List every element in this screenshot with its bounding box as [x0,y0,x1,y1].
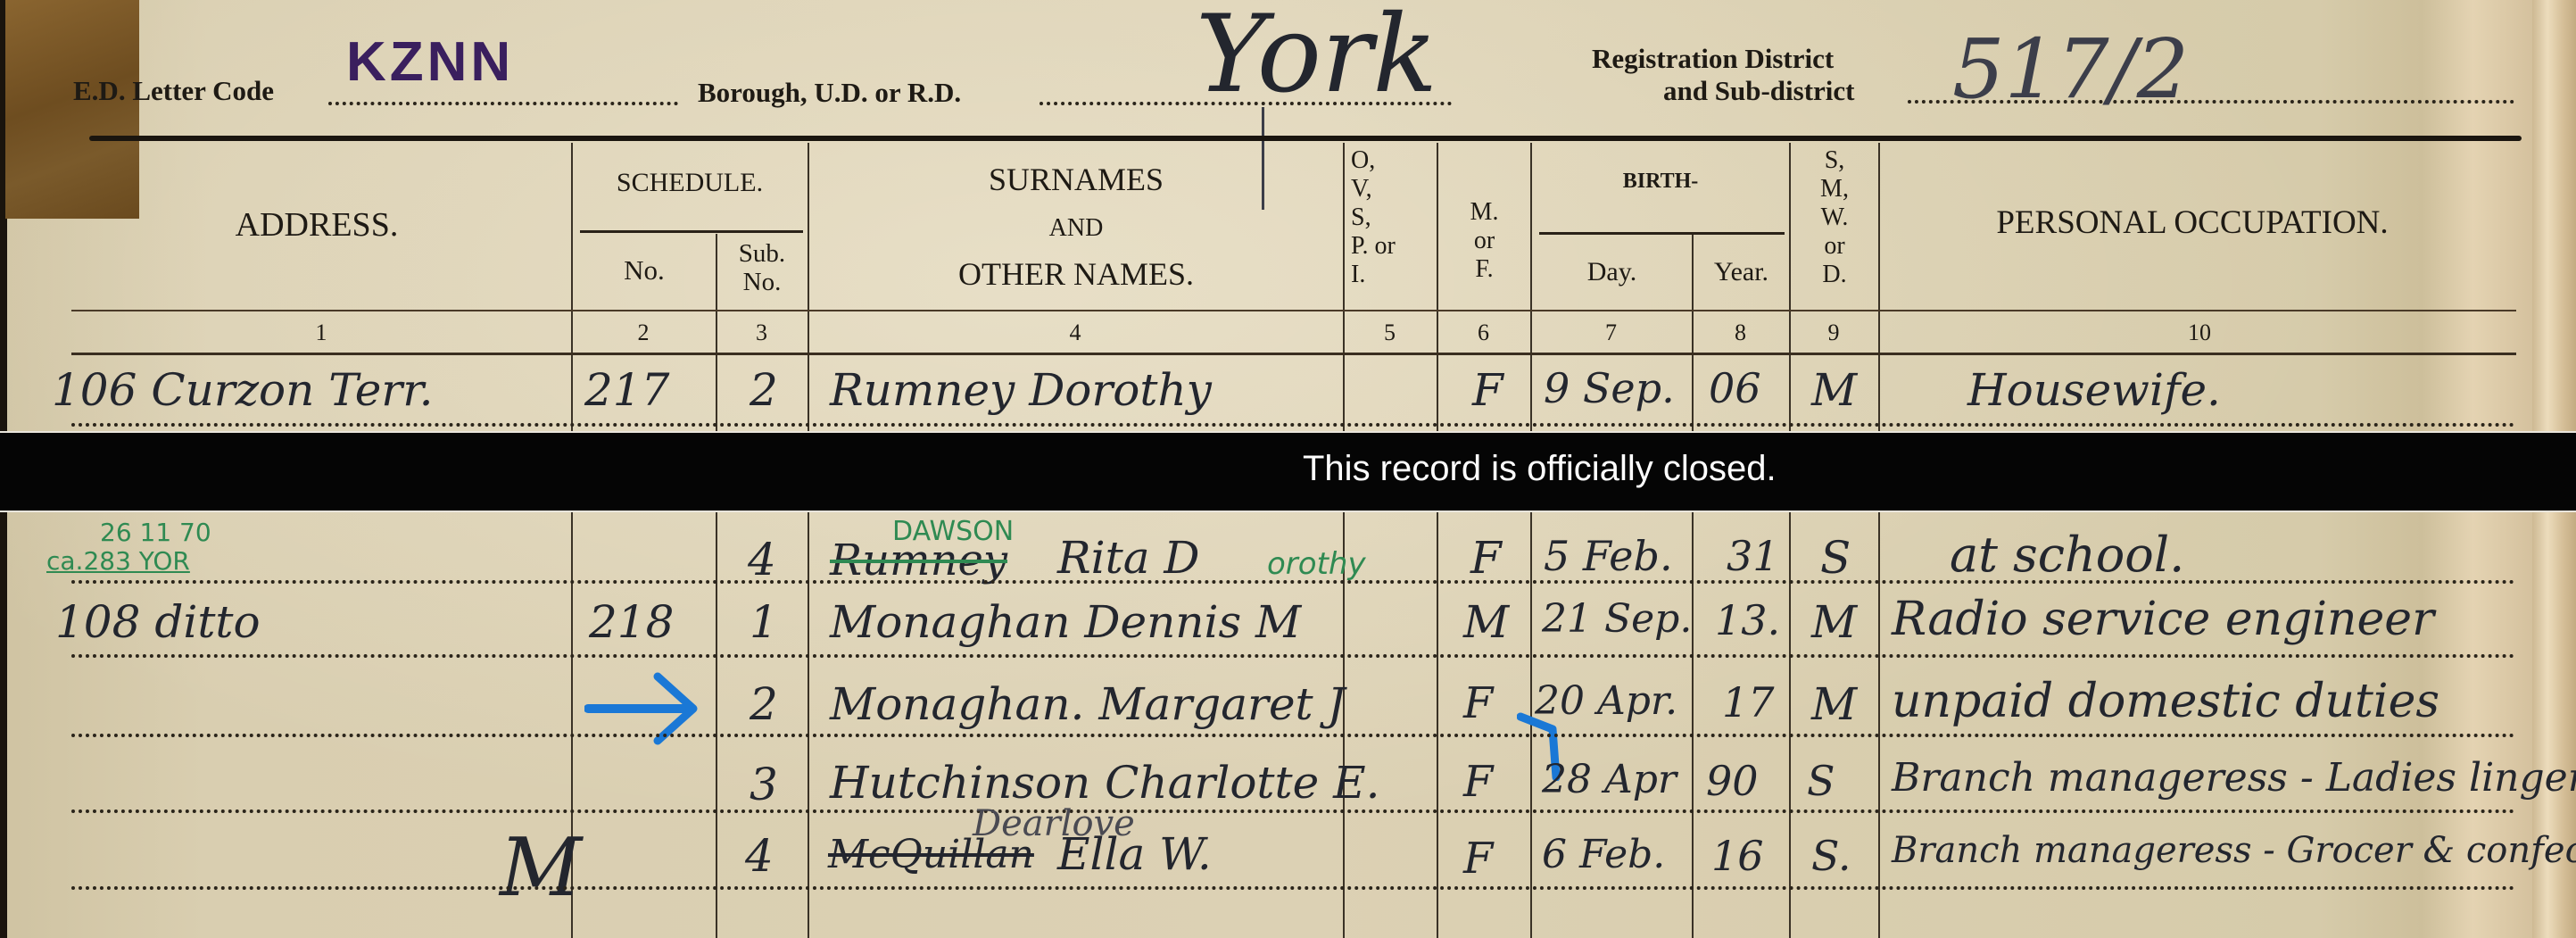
cell-birth-day: 5 Feb. [1544,532,1673,580]
cell-status: S [1820,532,1851,584]
col-header-surnames: SURNAMES [809,161,1343,198]
numbers-bottom-rule [71,353,2516,355]
header-bottom-rule [71,310,2516,311]
cell-status: S [1807,757,1835,805]
cell-birth-day: 21 Sep. [1542,596,1692,642]
row-rule [71,886,2516,890]
cell-name: Rita D [1057,532,1200,584]
ovspi-o: O, [1351,146,1396,175]
birth-rule [1539,232,1785,235]
col-number-9: 9 [1789,320,1878,346]
col-header-and: AND [809,214,1343,243]
col-header-address: ADDRESS. [129,205,504,245]
closed-record-banner: This record is officially closed. [0,431,2576,512]
annotation-date: 26 11 70 [100,518,211,547]
cell-status: S. [1811,832,1851,880]
col-number-3: 3 [716,320,808,346]
col-header-marital: S, M, W. or D. [1791,146,1878,289]
cell-occupation: unpaid domestic duties [1892,675,2439,728]
col-number-7: 7 [1530,320,1692,346]
header-rule [89,136,2522,141]
cell-birth-year: 16 [1711,832,1764,880]
ovspi-i: I. [1351,261,1396,289]
cell-status: M [1811,596,1857,648]
cell-name: Monaghan Dennis M [830,596,1301,648]
cell-name: Rumney Dorothy [830,364,1212,416]
marital-m: M, [1791,175,1878,203]
col-number-10: 10 [1878,320,2521,346]
marital-d: D. [1791,261,1878,289]
sex-or: or [1438,227,1530,255]
cell-occupation: Radio service engineer [1892,593,2434,646]
row-rule [71,654,2516,658]
cell-birth-year: 06 [1709,364,1761,412]
cell-name: Hutchinson Charlotte E. [830,757,1379,809]
col-divider [1343,143,1345,938]
cell-sub-no: 2 [750,364,778,416]
closed-record-text: This record is officially closed. [1303,449,1777,489]
cell-sub-no: 2 [750,678,778,730]
ovspi-p: P. or [1351,232,1396,261]
col-divider [1878,143,1880,938]
registration-label-line2: and Sub-district [1663,75,1854,107]
ed-letter-code-label: E.D. Letter Code [73,75,274,107]
col-header-day: Day. [1532,257,1692,287]
col-header-ovspi: O, V, S, P. or I. [1351,146,1396,289]
cell-occupation: Branch manageress - Ladies lingerie. [1892,755,2576,801]
cell-name-struck: McQuillan [828,832,1034,877]
sex-f: F. [1438,255,1530,284]
ovspi-s: S, [1351,203,1396,232]
register-page: E.D. Letter Code KZNN Borough, U.D. or R… [0,0,2576,938]
registration-value: 517/2 [1952,21,2189,117]
cell-occupation: Branch manageress - Grocer & confectione… [1892,830,2576,871]
cell-birth-year: 90 [1706,757,1759,805]
row-rule [71,809,2516,813]
row-rule [71,423,2516,427]
row-rule [71,734,2516,737]
marital-s: S, [1791,146,1878,175]
sex-m: M. [1438,198,1530,227]
col-header-sub-no: No. [717,268,807,297]
registration-label-line1: Registration District [1592,43,1834,75]
ovspi-v: V, [1351,175,1396,203]
cell-address: 108 ditto [55,596,261,648]
borough-value: York [1196,0,1437,117]
cell-status: M [1811,364,1857,416]
schedule-rule [580,230,803,233]
cell-birth-day: 6 Feb. [1542,832,1665,877]
col-header-sex: M. or F. [1438,198,1530,284]
cell-birth-day: 9 Sep. [1544,364,1675,412]
cell-birth-day: 28 Apr [1542,757,1677,802]
cell-name: Monaghan. Margaret J [830,678,1346,730]
cell-sub-no: 4 [745,830,774,882]
marital-w: W. [1791,203,1878,232]
cell-status: M [1811,678,1857,730]
col-header-schedule: SCHEDULE. [573,168,807,198]
marital-or: or [1791,232,1878,261]
cell-name-note: orothy [1267,546,1366,582]
cell-name-struck: Rumney [830,535,1007,585]
cell-address: 106 Curzon Terr. [52,364,434,416]
col-header-sub: Sub. [717,239,807,269]
ed-letter-code-value: KZNN [346,30,514,94]
col-number-8: 8 [1692,320,1789,346]
borough-label: Borough, U.D. or R.D. [698,77,961,109]
cell-birth-year: 13. [1715,596,1780,644]
dotted-leader [328,102,678,105]
col-header-birth: BIRTH- [1532,170,1789,194]
brown-tab [5,0,139,219]
col-number-6: 6 [1437,320,1530,346]
cell-schedule-no: 217 [584,364,669,416]
cell-sex: M [1463,596,1509,648]
cell-sub-no: 4 [748,534,776,585]
cell-birth-year: 17 [1722,678,1775,726]
col-number-1: 1 [71,320,571,346]
margin-mark: M [500,821,582,915]
cell-sub-no: 1 [750,596,778,648]
cell-birth-year: 31 [1727,532,1779,580]
cell-schedule-no: 218 [589,596,674,648]
col-number-2: 2 [571,320,716,346]
cell-sex: F [1463,678,1493,728]
cell-name: Ella W. [1057,828,1212,880]
cell-occupation: Housewife. [1967,364,2221,416]
col-header-other-names: OTHER NAMES. [809,255,1343,293]
col-number-4: 4 [808,320,1343,346]
cell-sex: F [1463,757,1493,807]
col-header-schedule-no: No. [573,254,716,286]
cell-sex: F [1470,532,1502,584]
cell-occupation: at school. [1950,527,2184,583]
col-header-occupation: PERSONAL OCCUPATION. [1880,203,2505,242]
cell-sex: F [1463,834,1493,884]
col-number-5: 5 [1343,320,1437,346]
cell-sub-no: 3 [750,759,778,810]
row-rule [71,580,2516,584]
annotation-ref: ca.283 YOR [46,546,190,576]
cell-sex: F [1472,364,1503,416]
col-header-year: Year. [1694,257,1789,287]
